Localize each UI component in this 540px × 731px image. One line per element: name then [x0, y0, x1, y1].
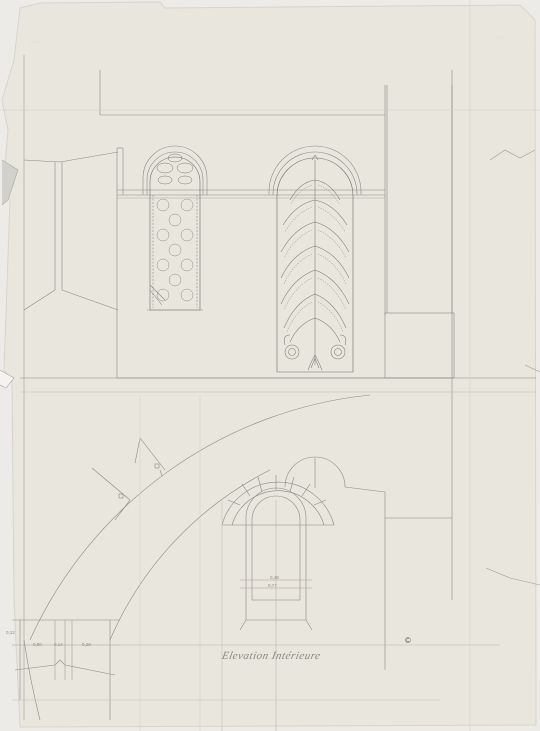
drawing-caption: Elevation Intérieure: [221, 650, 322, 662]
dimension-label: 0,28: [82, 642, 91, 647]
corner-note-right: · · ·: [495, 35, 504, 41]
corner-note-left: · · ·: [30, 40, 39, 46]
dimension-label: 0,12: [6, 630, 15, 635]
dimension-label: 0,14: [54, 642, 63, 647]
window-dimension-label: 0,48: [270, 575, 279, 580]
collection-stamp: ©: [405, 636, 411, 645]
dimension-label: 0,90: [33, 642, 42, 647]
drawing-sheet: · · · · · · 0,90 0,14 0,28 0,12 0,48 0,7…: [0, 0, 540, 731]
architectural-drawing: [0, 0, 540, 731]
window-dimension-label: 0,77: [268, 583, 277, 588]
paper: [2, 2, 536, 727]
